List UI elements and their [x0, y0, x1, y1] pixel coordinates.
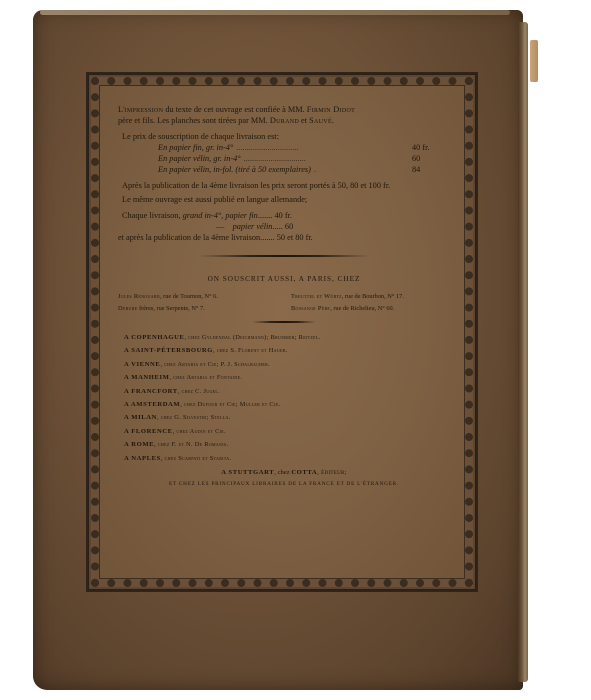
price-value: 40 fr.	[274, 211, 292, 220]
leader-dots: .	[314, 164, 409, 175]
ornamental-border-band: L'impression du texte de cet ouvrage est…	[88, 74, 476, 590]
text: et	[299, 116, 309, 125]
city-sellers: , chez Artaria et Fontaine.	[170, 374, 243, 381]
german-price-row: et après la publication de la 4ème livra…	[118, 232, 450, 243]
city-sellers: , chez Audin et Cie.	[173, 428, 226, 435]
city-name: A NAPLES	[124, 455, 161, 462]
spine-torn-tag	[530, 40, 538, 82]
seller-name: Treuttel et Würtz	[291, 293, 342, 300]
text: , chez	[274, 469, 291, 476]
text: impression	[125, 105, 164, 114]
seller-address: , rue de Richelieu, N° 60.	[330, 305, 394, 312]
price-increase-notice: Après la publication de la 4ème livraiso…	[118, 180, 450, 191]
leader-dots: ..............................	[244, 153, 409, 164]
leader-dots: .....	[272, 222, 282, 231]
city-entry: A MANHEIM, chez Artaria et Fontaine.	[124, 371, 450, 384]
paris-seller: Jules Renouard, rue de Tournon, N° 6.	[118, 293, 277, 301]
paris-seller: Debure frères, rue Serpente, N° 7.	[118, 305, 277, 313]
seller-name: Debure	[118, 305, 137, 312]
closing-line: ET CHEZ LES PRINCIPAUX LIBRAIRES DE LA F…	[118, 481, 450, 487]
printer-name: Firmin Didot	[307, 105, 355, 114]
price-value: 60	[285, 222, 293, 231]
price-value: 60	[412, 153, 450, 164]
text: du texte de cet ouvrage est confiée à MM…	[163, 105, 307, 114]
price-row: En papier vélin, in-fol. (tiré à 50 exem…	[118, 164, 450, 175]
city-name: A MANHEIM	[124, 374, 170, 381]
paris-heading: ON SOUSCRIT AUSSI, A PARIS, CHEZ	[118, 275, 450, 283]
city-sellers: , chez Artaria et Cie; P. J. Schalbacher…	[160, 361, 270, 368]
city-entry: A COPENHAGUE, chez Gyldendal (Deichmann)…	[124, 331, 450, 344]
paris-seller: Bossange Père, rue de Richelieu, N° 60.	[291, 305, 450, 313]
ornamental-divider	[199, 255, 369, 257]
leader-dots: .......	[258, 211, 273, 220]
paris-sellers: Jules Renouard, rue de Tournon, N° 6. Tr…	[118, 293, 450, 313]
city-entry: A FRANCFORT, chez C. Jugel.	[124, 385, 450, 398]
engraver-name: Sauvé	[309, 116, 332, 125]
text: L'	[118, 105, 125, 114]
price-label: En papier vélin, gr. in-4°	[158, 153, 241, 164]
printer-notice: L'impression du texte de cet ouvrage est…	[118, 104, 450, 126]
price-value: 40 fr.	[412, 142, 450, 153]
price-value: 50 et 80 fr.	[277, 233, 313, 242]
city-name: A SAINT-PÉTERSBOURG	[124, 347, 213, 354]
city-name: A FLORENCE	[124, 428, 173, 435]
city-entry: A VIENNE, chez Artaria et Cie; P. J. Sch…	[124, 358, 450, 371]
price-value: 84	[412, 164, 450, 175]
city-sellers: , chez F. et N. De Romanis.	[154, 441, 228, 448]
city-sellers: , chez Scarpati et Starita.	[161, 455, 231, 462]
city-name: A MILAN	[124, 414, 157, 421]
text: Chaque livraison,	[122, 211, 183, 220]
german-price-row: Chaque livraison, grand in-4°, papier fi…	[118, 210, 450, 221]
paris-seller: Treuttel et Würtz, rue de Bourbon, N° 17…	[291, 293, 450, 301]
foreign-sellers-list: A COPENHAGUE, chez Gyldendal (Deichmann)…	[118, 331, 450, 465]
city-sellers: , chez Gyldendal (Deichmann); Brummer; R…	[185, 334, 321, 341]
leader-dots: .......	[260, 233, 275, 242]
stuttgart-publisher: A STUTTGART, chez COTTA, éditeur;	[118, 469, 450, 476]
text-panel: L'impression du texte de cet ouvrage est…	[99, 85, 465, 579]
city-name: A VIENNE	[124, 361, 160, 368]
leader-dots: ..............................	[236, 142, 409, 153]
german-edition-notice: Le même ouvrage est aussi publié en lang…	[118, 194, 450, 205]
city-entry: A FLORENCE, chez Audin et Cie.	[124, 425, 450, 438]
text: papier vélin	[233, 222, 273, 231]
city-entry: A MILAN, chez G. Silvestri; Stella.	[124, 411, 450, 424]
city-sellers: , chez S. Florent et Hauer.	[213, 347, 288, 354]
publisher-name: COTTA	[291, 469, 317, 476]
city-name: A AMSTERDAM	[124, 401, 180, 408]
text: et après la publication de la 4ème livra…	[118, 233, 260, 242]
seller-address: , rue de Bourbon, N° 17.	[342, 293, 404, 300]
text: .	[332, 116, 334, 125]
text: —	[216, 222, 224, 231]
text: père et fils. Les planches sont tirées p…	[118, 116, 270, 125]
price-label: En papier vélin, in-fol. (tiré à 50 exem…	[158, 164, 311, 175]
engraver-name: Durand	[270, 116, 299, 125]
city-sellers: , chez Dufour et Cie; Muller et Cie.	[180, 401, 280, 408]
seller-name: Bossange Père	[291, 305, 330, 312]
seller-address: , rue de Tournon, N° 6.	[160, 293, 218, 300]
city-name: A COPENHAGUE	[124, 334, 185, 341]
subscription-title: Le prix de souscription de chaque livrai…	[118, 131, 450, 142]
city-name: A FRANCFORT	[124, 388, 178, 395]
city-entry: A NAPLES, chez Scarpati et Starita.	[124, 452, 450, 465]
cover-top-edge-wear	[40, 10, 510, 15]
ornamental-divider	[252, 321, 316, 323]
city-sellers: , chez C. Jugel.	[178, 388, 220, 395]
city-entry: A ROME, chez F. et N. De Romanis.	[124, 438, 450, 451]
spine-edge	[518, 22, 528, 682]
german-price-row: — papier vélin..... 60	[118, 221, 450, 232]
publisher-role: , éditeur;	[317, 469, 347, 476]
city-name: A ROME	[124, 441, 154, 448]
city-name: A STUTTGART	[221, 469, 274, 476]
price-label: En papier fin, gr. in-4°	[158, 142, 233, 153]
price-row: En papier vélin, gr. in-4° .............…	[118, 153, 450, 164]
ornamental-border-frame: L'impression du texte de cet ouvrage est…	[86, 72, 478, 592]
text: grand in-4°, papier fin	[183, 211, 258, 220]
city-entry: A SAINT-PÉTERSBOURG, chez S. Florent et …	[124, 344, 450, 357]
seller-name: Jules Renouard	[118, 293, 160, 300]
seller-address: frères, rue Serpente, N° 7.	[137, 305, 204, 312]
price-row: En papier fin, gr. in-4° ...............…	[118, 142, 450, 153]
city-entry: A AMSTERDAM, chez Dufour et Cie; Muller …	[124, 398, 450, 411]
city-sellers: , chez G. Silvestri; Stella.	[157, 414, 231, 421]
